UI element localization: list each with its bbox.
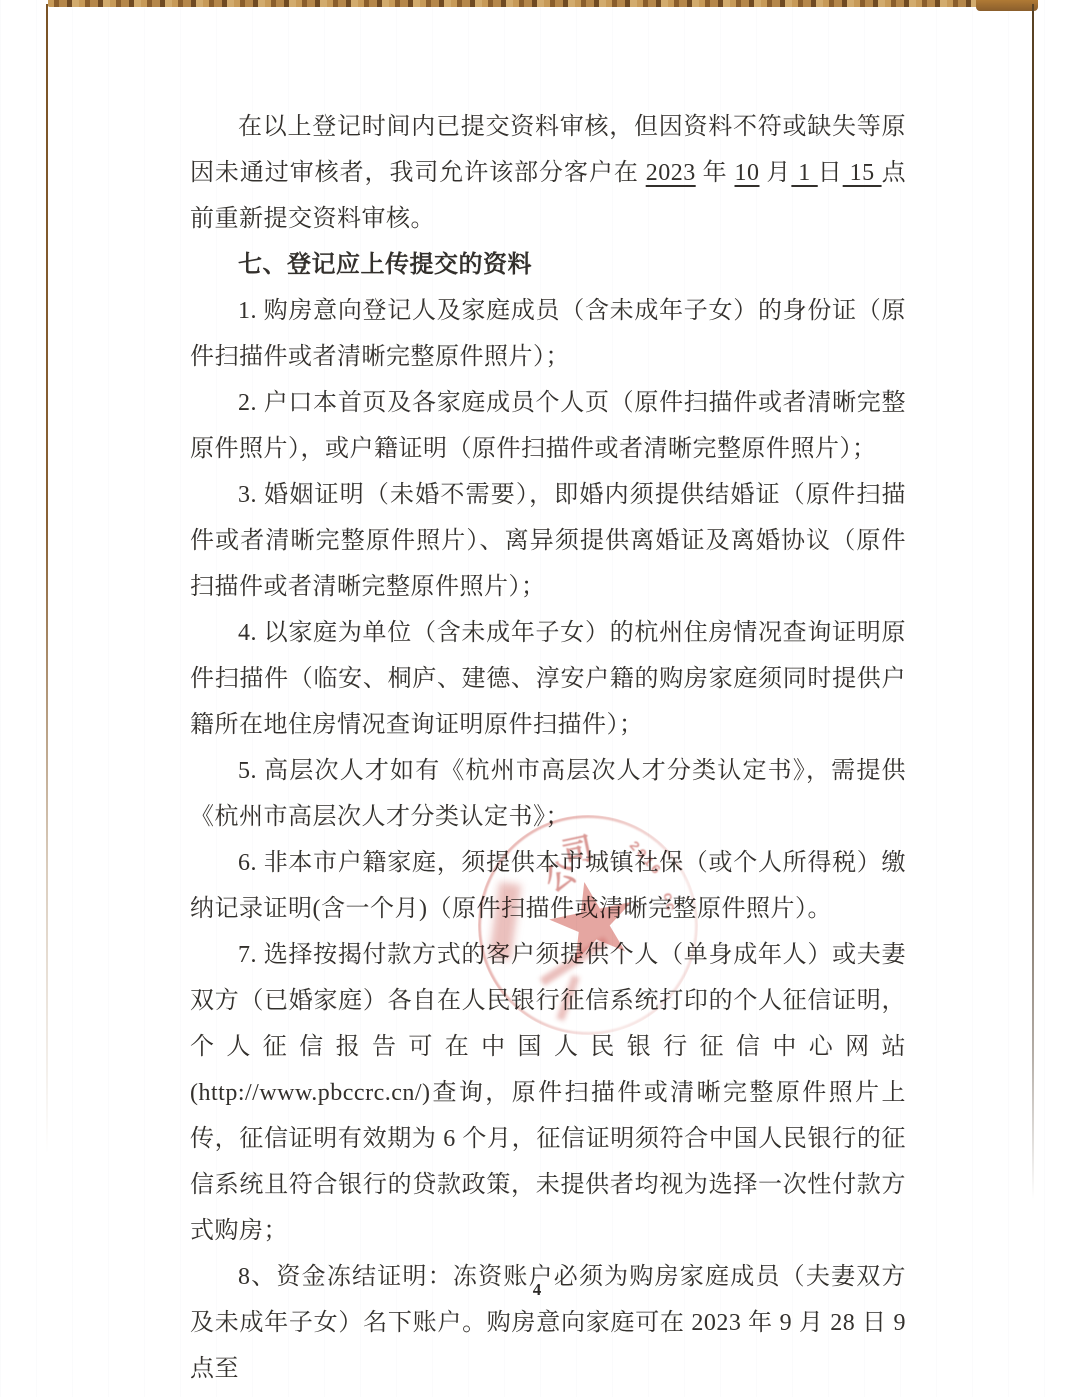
paragraph: 3. 婚姻证明（未婚不需要），即婚内须提供结婚证（原件扫描件或者清晰完整原件照片… <box>190 472 906 610</box>
paragraph: 8、资金冻结证明：冻资账户必须为购房家庭成员（夫妻双方及未成年子女）名下账户。购… <box>190 1254 906 1392</box>
page-number: 4 <box>0 1280 1074 1300</box>
scanned-document-page: 在以上登记时间内已提交资料审核，但因资料不符或缺失等原因未通过审核者，我司允许该… <box>0 0 1080 1397</box>
underlined-text: 15 <box>843 160 882 186</box>
document-text: 在以上登记时间内已提交资料审核，但因资料不符或缺失等原因未通过审核者，我司允许该… <box>190 104 906 1392</box>
scan-edge-top <box>48 0 1038 7</box>
text-segment: 5. 高层次人才如有《杭州市高层次人才分类认定书》，需提供《杭州市高层次人才分类… <box>190 758 906 830</box>
underlined-text: 1 <box>791 160 817 186</box>
paragraph: 6. 非本市户籍家庭，须提供本市城镇社保（或个人所得税）缴纳记录证明(含一个月)… <box>190 840 906 932</box>
paragraph: 2. 户口本首页及各家庭成员个人页（原件扫描件或者清晰完整原件照片），或户籍证明… <box>190 380 906 472</box>
text-segment: 2. 户口本首页及各家庭成员个人页（原件扫描件或者清晰完整原件照片），或户籍证明… <box>190 390 906 462</box>
paragraph: 5. 高层次人才如有《杭州市高层次人才分类认定书》，需提供《杭州市高层次人才分类… <box>190 748 906 840</box>
paragraph: 4. 以家庭为单位（含未成年子女）的杭州住房情况查询证明原件扫描件（临安、桐庐、… <box>190 610 906 748</box>
text-segment: 月 <box>760 160 792 186</box>
text-segment: 7. 选择按揭付款方式的客户须提供个人（单身成年人）或夫妻双方（已婚家庭）各自在… <box>190 942 906 1244</box>
text-segment: 年 <box>696 160 735 186</box>
paragraph: 7. 选择按揭付款方式的客户须提供个人（单身成年人）或夫妻双方（已婚家庭）各自在… <box>190 932 906 1254</box>
underlined-text: 2023 <box>646 160 696 186</box>
text-segment: 日 <box>818 160 843 186</box>
paragraph: 1. 购房意向登记人及家庭成员（含未成年子女）的身份证（原件扫描件或者清晰完整原… <box>190 288 906 380</box>
text-segment: 七、登记应上传提交的资料 <box>238 252 532 278</box>
text-segment: 4. 以家庭为单位（含未成年子女）的杭州住房情况查询证明原件扫描件（临安、桐庐、… <box>190 620 906 738</box>
section-heading: 七、登记应上传提交的资料 <box>190 242 906 288</box>
text-segment: 6. 非本市户籍家庭，须提供本市城镇社保（或个人所得税）缴纳记录证明(含一个月)… <box>190 850 906 922</box>
scan-edge-right <box>1032 4 1034 1199</box>
text-segment: 3. 婚姻证明（未婚不需要），即婚内须提供结婚证（原件扫描件或者清晰完整原件照片… <box>190 482 906 600</box>
paragraph: 在以上登记时间内已提交资料审核，但因资料不符或缺失等原因未通过审核者，我司允许该… <box>190 104 906 242</box>
underlined-text: 10 <box>735 160 760 186</box>
scan-edge-left <box>46 4 48 1154</box>
text-segment: 1. 购房意向登记人及家庭成员（含未成年子女）的身份证（原件扫描件或者清晰完整原… <box>190 298 906 370</box>
